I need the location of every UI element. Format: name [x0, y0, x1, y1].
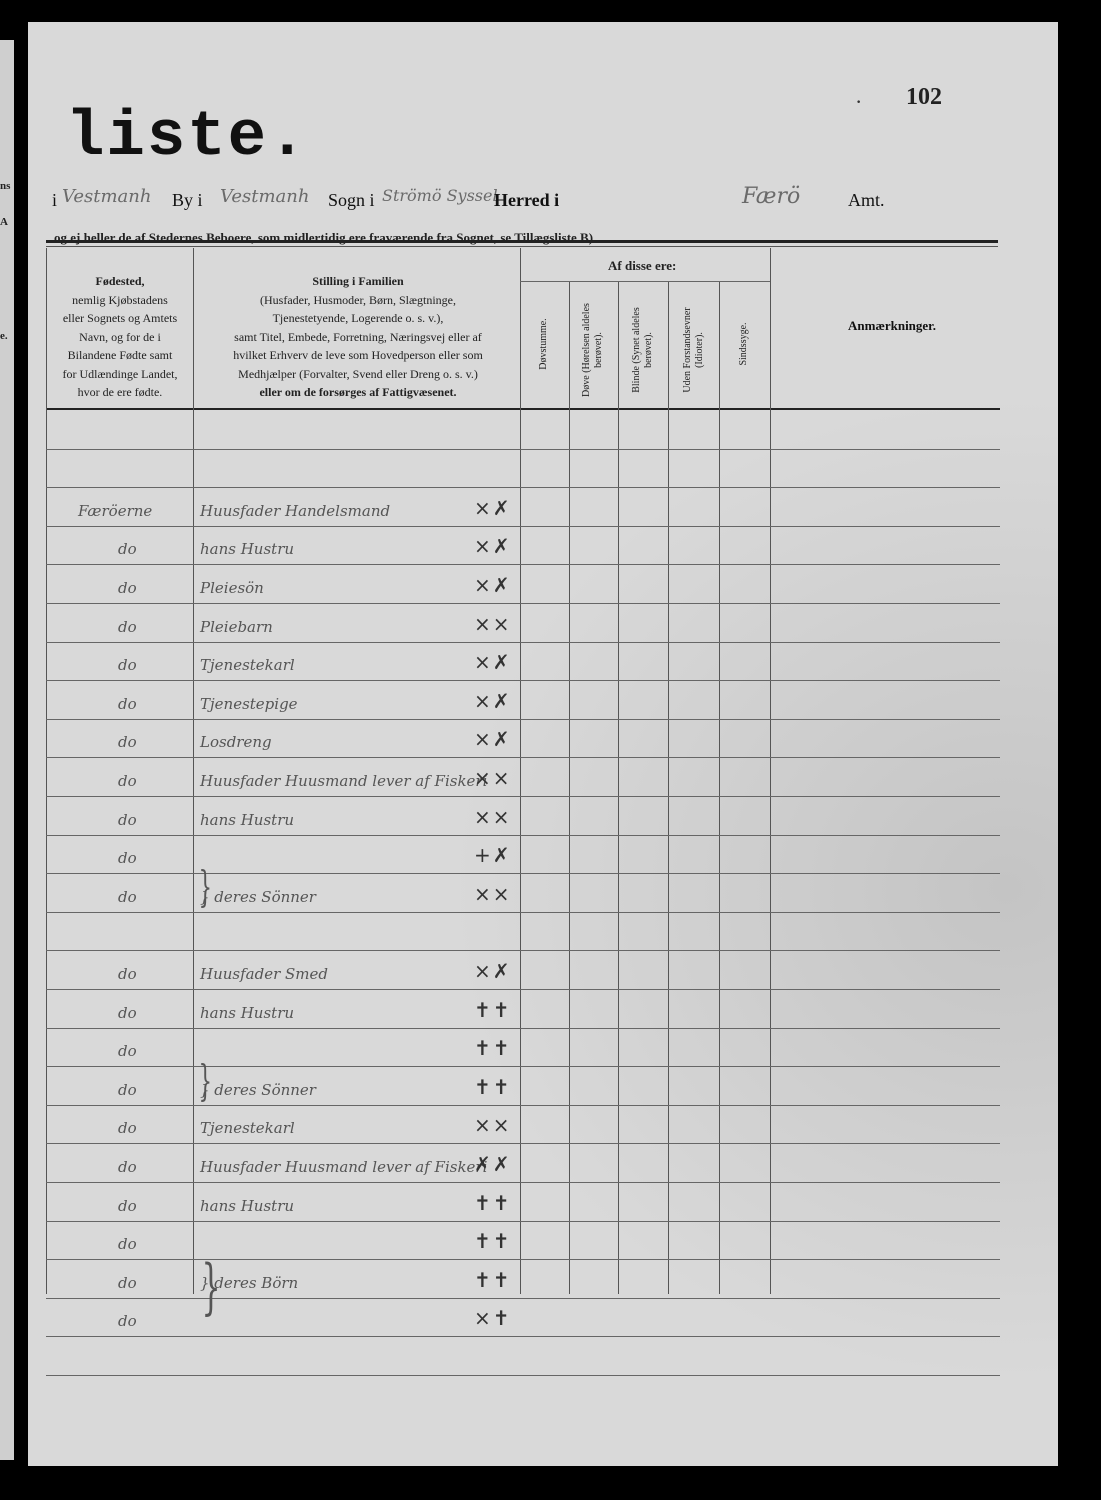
tally-marks: ×✗ — [474, 727, 512, 751]
tally-marks: ×× — [474, 1113, 512, 1137]
tally-marks: ×✗ — [474, 650, 512, 674]
position-cell: Tjenestepige — [200, 695, 298, 713]
birthplace-cell: do — [118, 579, 137, 597]
header-deaf: Døve (Hørelsen aldeles berøvet). — [581, 295, 605, 405]
birthplace-cell: do — [118, 849, 137, 867]
birthplace-cell: do — [118, 1004, 137, 1022]
header-deaf-mute: Døvstumme. — [538, 294, 550, 394]
birthplace-cell: do — [118, 1081, 137, 1099]
tally-marks: ✝✝ — [474, 1229, 512, 1253]
position-cell: Pleiebarn — [200, 618, 273, 636]
tally-marks: ✝✝ — [474, 1036, 512, 1060]
page-title: liste. — [66, 102, 308, 174]
margin-fragment: ns — [0, 180, 10, 192]
tally-marks: +✗ — [474, 843, 512, 867]
birthplace-cell: do — [118, 811, 137, 829]
birthplace-cell: do — [118, 656, 137, 674]
header-position: Stilling i Familien (Husfader, Husmoder,… — [198, 272, 518, 402]
birthplace-cell: do — [118, 733, 137, 751]
birthplace-cell: Færöerne — [78, 502, 152, 520]
tally-marks: ×✝ — [474, 1306, 512, 1330]
tally-marks: ×✗ — [474, 573, 512, 597]
position-cell: Losdreng — [200, 733, 272, 751]
tally-marks: ×× — [474, 805, 512, 829]
birthplace-cell: do — [118, 1312, 137, 1330]
tally-marks: ×× — [474, 766, 512, 790]
tally-marks: ✝✝ — [474, 1268, 512, 1292]
tally-marks: ✝✝ — [474, 1191, 512, 1215]
margin-fragment: e. — [0, 330, 8, 342]
brace: } — [202, 1252, 221, 1322]
brace: } — [199, 1056, 212, 1105]
birthplace-cell: do — [118, 1274, 137, 1292]
tally-marks: ×✗ — [474, 959, 512, 983]
birthplace-cell: do — [118, 1042, 137, 1060]
instruction-note: og ej heller de af Stedernes Beboere, so… — [54, 230, 596, 246]
parish-value: Vestmanh — [220, 186, 309, 207]
position-cell: } deres Sönner — [200, 1081, 316, 1099]
position-cell: Huusfader Smed — [200, 965, 328, 983]
birthplace-cell: do — [118, 888, 137, 906]
position-cell: hans Hustru — [200, 540, 294, 558]
header-idiots: Uden Forstandsevner (Idioter). — [682, 295, 706, 405]
position-cell: hans Hustru — [200, 1197, 294, 1215]
tally-marks: ×✗ — [474, 689, 512, 713]
tally-marks: ✝✝ — [474, 1075, 512, 1099]
birthplace-cell: do — [118, 965, 137, 983]
position-cell: Huusfader Huusmand lever af Fiskeri — [200, 1158, 487, 1176]
birthplace-cell: do — [118, 1119, 137, 1137]
position-cell: Huusfader Huusmand lever af Fiskeri — [200, 772, 487, 790]
birthplace-cell: do — [118, 695, 137, 713]
header-birthplace: Fødested, nemlig Kjøbstadens eller Sogne… — [50, 272, 190, 402]
birthplace-cell: do — [118, 618, 137, 636]
county-value: Færö — [742, 184, 800, 209]
position-cell: Huusfader Handelsmand — [200, 502, 390, 520]
birthplace-cell: do — [118, 772, 137, 790]
tally-marks: ×× — [474, 612, 512, 636]
position-cell: hans Hustru — [200, 1004, 294, 1022]
birthplace-cell: do — [118, 1235, 137, 1253]
birthplace-cell: do — [118, 1197, 137, 1215]
previous-page-edge: ns A e. — [0, 40, 14, 1460]
position-cell: hans Hustru — [200, 811, 294, 829]
census-page: liste. · 102 i Vestmanh By i Vestmanh So… — [28, 22, 1058, 1466]
town-value: Vestmanh — [62, 186, 151, 207]
position-cell: Tjenestekarl — [200, 656, 295, 674]
header-blind: Blinde (Synet aldeles berøvet). — [631, 295, 655, 405]
birthplace-cell: do — [118, 540, 137, 558]
header-af-disse-ere: Af disse ere: — [608, 258, 676, 274]
header-remarks: Anmærkninger. — [848, 318, 936, 334]
tally-marks: ✗✗ — [474, 1152, 512, 1176]
birthplace-cell: do — [118, 1158, 137, 1176]
margin-fragment: A — [0, 216, 8, 228]
position-cell: Tjenestekarl — [200, 1119, 295, 1137]
position-cell: Pleiesön — [200, 579, 264, 597]
header-insane: Sindssyge. — [738, 294, 750, 394]
tally-marks: ✝✝ — [474, 998, 512, 1022]
brace: } — [199, 862, 212, 911]
position-cell: } deres Sönner — [200, 888, 316, 906]
page-number: 102 — [906, 84, 942, 111]
tally-marks: ×✗ — [474, 534, 512, 558]
tally-marks: ×× — [474, 882, 512, 906]
district-value: Strömö Syssel — [382, 186, 498, 205]
tally-marks: ×✗ — [474, 496, 512, 520]
